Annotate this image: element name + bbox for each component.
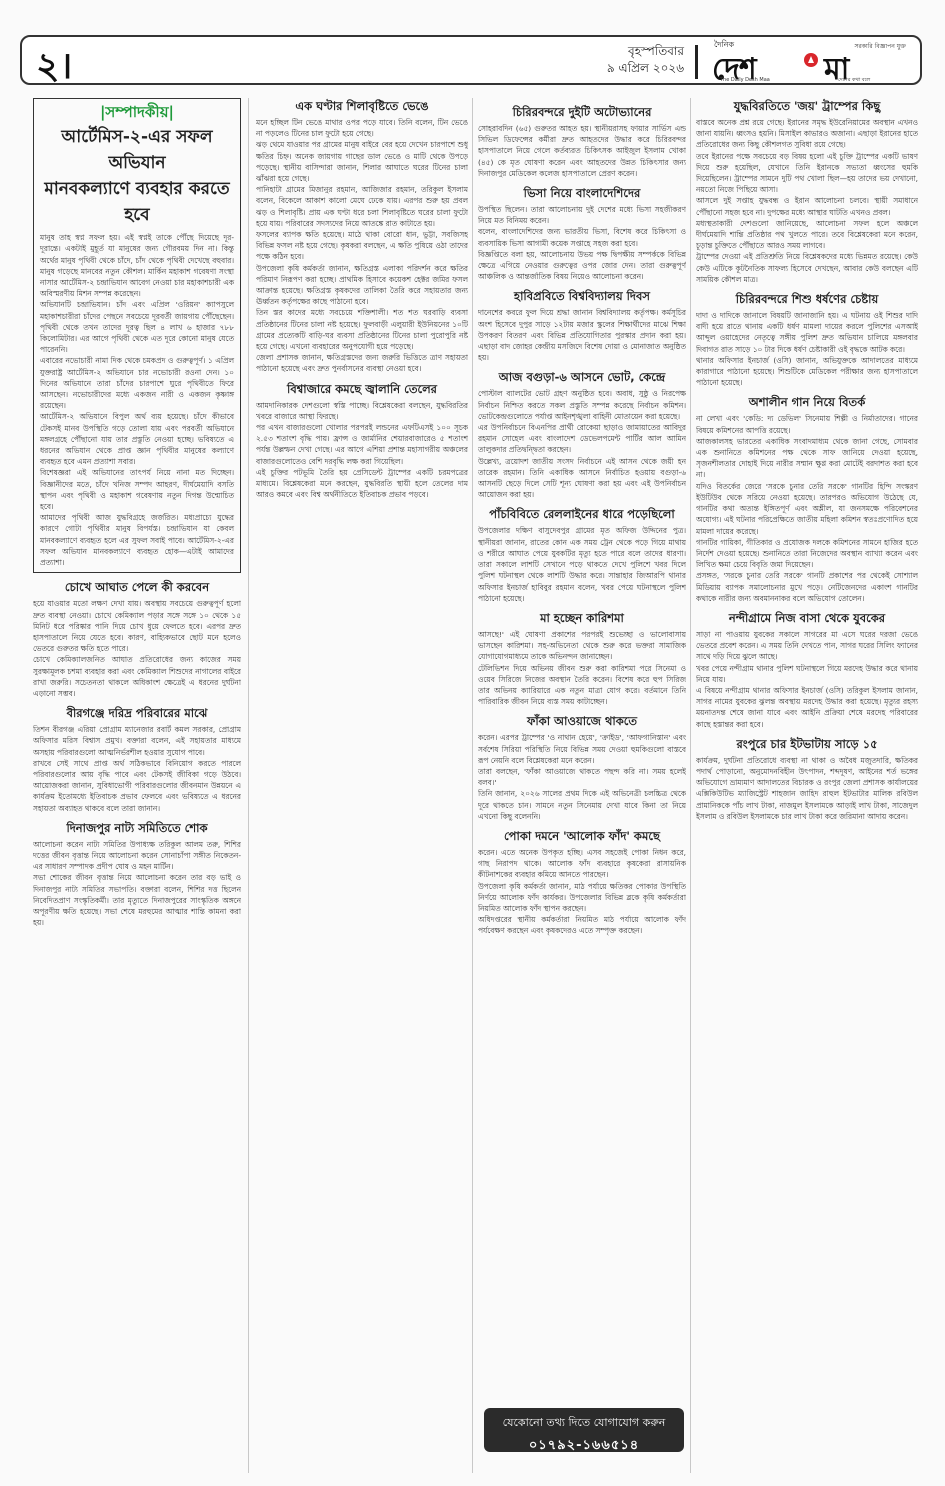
logo-tagline: সরকারি বিজ্ঞাপন যুক্ত: [854, 41, 906, 52]
paragraph: সোহরাবদিন (৬৫) গুরুতর আহত হয়। স্থানীয়র…: [478, 123, 686, 179]
column-4: যুদ্ধবিরতিতে 'জয়' ট্রাম্পের কিছু বাস্তব…: [696, 98, 918, 1473]
article-headline[interactable]: বীরগঞ্জে দরিদ্র পরিবারের মাঝে: [33, 705, 241, 722]
paragraph: অভিযানটি চন্দ্রাভিযান। চাঁদ এবং এপ্রিল '…: [40, 299, 234, 355]
paragraph: দাদা ও দাদিকে জানালে বিষয়টি জানাজানি হয…: [696, 310, 918, 355]
article-headline[interactable]: দিনাজপুর নাট্য সমিতিতে শোক: [33, 820, 241, 837]
paragraph: এবারের নভোচারী নামা দিক থেকে চমকপ্রদ ও গ…: [40, 355, 234, 411]
paragraph: করেন। এতে অনেক উপকৃত হচ্ছি। এসব সহজেই পো…: [478, 847, 686, 881]
paragraph: সভা শোকের জীবন বৃত্তান্ত নিয়ে আলোচনা কর…: [33, 872, 241, 928]
paragraph: জেলা প্রশাসক জানান, ক্ষতিগ্রস্তদের জন্য …: [256, 352, 468, 374]
article-headline[interactable]: রংপুরে চার ইটভাটায় সাড়ে ১৫: [696, 736, 918, 753]
contact-phone[interactable]: ০১৭৯২-১৬৬৫১৪: [484, 1436, 684, 1457]
weekday: বৃহস্পতিবার: [607, 43, 684, 60]
logo-motto: দেশের কথা বলে: [838, 77, 870, 85]
article-visa[interactable]: ভিসা নিয়ে বাংলাদেশিদের উপস্থিত ছিলেন। ত…: [478, 185, 686, 282]
paragraph: মানুষ তাহ স্বপ্ন সফল হয়। এই স্বপ্নই তাক…: [40, 232, 234, 299]
paragraph: উপজেলা কৃষি কর্মকর্তা জানান, ক্ষতিগ্রস্ত…: [256, 263, 468, 308]
paragraph: আমাদের পৃথিবী আজ যুদ্ধবিগ্রহে জর্জরিত। ম…: [40, 512, 234, 568]
article-headline[interactable]: পোকা দমনে 'আলোক ফাঁদ' কমছে: [478, 828, 686, 845]
article-headline[interactable]: অশালীন গান নিয়ে বিতর্ক: [696, 394, 918, 411]
page-number: ২।: [36, 39, 72, 99]
article-karishma[interactable]: মা হচ্ছেন কারিশমা আসছে!' এই ঘোষণা প্রকাশ…: [478, 610, 686, 707]
paragraph: চোখে কেমিক্যালজনিত আঘাত প্রতিরোধের জন্য …: [33, 654, 241, 699]
paragraph: তবে ইরানের পক্ষে সবচেয়ে বড় বিষয় হলো এ…: [696, 151, 918, 196]
paragraph: আমদানিকারক দেশগুলো স্বস্তি পাচ্ছে। বিশ্ল…: [256, 400, 468, 422]
column-rule: [248, 98, 249, 1473]
paragraph: অধিদপ্তরের স্থানীয় কর্মকর্তারা নিয়মিত …: [478, 914, 686, 936]
newspaper-logo[interactable]: দৈনিক দেশ মা সরকারি বিজ্ঞাপন যুক্ত The D…: [706, 39, 906, 83]
paragraph: এ বিষয়ে নন্দীগ্রাম থানার অফিসার ইনচার্জ…: [696, 685, 918, 730]
article-headline[interactable]: বিশ্বাজারে কমছে জ্বালানি তেলের: [256, 381, 468, 398]
paragraph: থানার অফিসার ইনচার্জ (ওসি) জানান, অভিযুক…: [696, 355, 918, 389]
paragraph: আসলে দুই সপ্তাহ যুদ্ধবন্ধ ও ইরান আলোচনা …: [696, 195, 918, 217]
article-obscene-song[interactable]: অশালীন গান নিয়ে বিতর্ক না লেখা এবং 'কেড…: [696, 394, 918, 603]
paragraph: হয়ে যাওয়ার মতো লক্ষণ দেখা যায়। অবস্থা…: [33, 598, 241, 654]
article-world-market-oil[interactable]: বিশ্বাজারে কমছে জ্বালানি তেলের আমদানিকার…: [256, 381, 468, 501]
paragraph: পানিহাটা গ্রামের মিজানুর রহমান, আজিজার র…: [256, 184, 468, 229]
date-block: বৃহস্পতিবার ৯ এপ্রিল ২০২৬: [607, 43, 684, 77]
paragraph: আজকালসহ ভারতের একাধিক সংবাদমাধ্যম থেকে জ…: [696, 436, 918, 481]
paragraph: এই চুক্তির পটভূমি তৈরি হয় প্রেসিডেন্ট ট…: [256, 467, 468, 501]
article-headline[interactable]: যুদ্ধবিরতিতে 'জয়' ট্রাম্পের কিছু: [696, 98, 918, 115]
editorial-title: আর্টেমিস-২-এর সফল অভিযান মানবকল্যাণে ব্য…: [40, 124, 234, 228]
column-1: |সম্পাদকীয়| আর্টেমিস-২-এর সফল অভিযান মা…: [33, 98, 241, 1473]
article-headline[interactable]: চিরিরবন্দরে শিশু ধর্ষণের চেষ্টায়: [696, 291, 918, 308]
article-bogura-vote[interactable]: আজ বগুড়া-৬ আসনে ভোট, কেন্দ্রে পোস্টাল ব…: [478, 369, 686, 500]
article-headline[interactable]: ভিসা নিয়ে বাংলাদেশিদের: [478, 185, 686, 202]
paragraph: আসছে!' এই ঘোষণা প্রকাশের পরপরই শুভেচ্ছা …: [478, 629, 686, 663]
paragraph: বলেন, বাংলাদেশিদের জন্য ভারতীয় ভিসা, বি…: [478, 226, 686, 248]
article-headline[interactable]: হাবিপ্রবিতে বিশ্ববিদ্যালয় দিবস: [478, 288, 686, 305]
article-university-day[interactable]: হাবিপ্রবিতে বিশ্ববিদ্যালয় দিবস দানেশের …: [478, 288, 686, 363]
paragraph: তারা বলছেন, 'ফাঁকা আওয়াজে থাকতে পছন্দ ক…: [478, 766, 686, 788]
article-nandigram-youth[interactable]: নন্দীগ্রামে নিজ বাসা থেকে যুবকের সাড়া ন…: [696, 610, 918, 730]
editorial-label: |সম্পাদকীয়|: [40, 107, 234, 118]
paragraph: উপস্থিত ছিলেন। তারা আলোচনায় দুই দেশের ম…: [478, 204, 686, 226]
masthead: ২। বৃহস্পতিবার ৯ এপ্রিল ২০২৬ দৈনিক দেশ ম…: [20, 35, 922, 85]
paragraph: ঝড় থেমে যাওয়ার পর গ্রামের মানুষ বাইরে …: [256, 139, 468, 184]
paragraph: ফসলের ব্যাপক ক্ষতি হয়েছে। মাঠে থাকা বোর…: [256, 229, 468, 263]
paragraph: পোস্টাল ব্যালটের ভোট গ্রহণ অনুষ্ঠিত হবে।…: [478, 388, 686, 422]
paragraph: না লেখা এবং 'কেডি: দ্য ডেভিল' সিনেমায় শ…: [696, 413, 918, 435]
paragraph: পর এখন বাজারগুলো খোলার পরপরই লন্ডনের এফট…: [256, 422, 468, 467]
column-3: চিরিরবন্দরে দুইটি অটোভ্যানের সোহরাবদিন (…: [478, 98, 686, 1473]
brand-divider: [695, 45, 698, 79]
paragraph: তিন স্তর কাদের মধ্যে সবচেয়ে শক্তিশালী। …: [256, 307, 468, 352]
logo-maa: মা: [824, 45, 849, 96]
article-chirirbandar-autovan[interactable]: চিরিরবন্দরে দুইটি অটোভ্যানের সোহরাবদিন (…: [478, 104, 686, 179]
publication-date: ৯ এপ্রিল ২০২৬: [607, 60, 684, 77]
paragraph: বিশেষজ্ঞরা এই অভিযানের তাৎপর্য নিয়ে নান…: [40, 467, 234, 512]
column-rule: [690, 98, 691, 1473]
logo-emblem-icon: [804, 53, 818, 67]
editorial-title-line: আর্টেমিস-২-এর সফল অভিযান: [40, 124, 234, 176]
article-trump-war-pause[interactable]: যুদ্ধবিরতিতে 'জয়' ট্রাম্পের কিছু বাস্তব…: [696, 98, 918, 285]
paragraph: যদিও বিতর্কের জেরে 'সরকে চুনার তেরি সরকে…: [696, 481, 918, 537]
article-eye-injury[interactable]: চোখে আঘাত পেলে কী করবেন হয়ে যাওয়ার মতো…: [33, 579, 241, 699]
paragraph: কার্যক্রম, দুর্ঘটনা প্রতিরোধে ব্যবস্থা ন…: [696, 755, 918, 822]
paragraph: উপজেলা কৃষি কর্মকর্তা জানান, মাঠ পর্যায়…: [478, 881, 686, 915]
paragraph: এর উপনির্বাচনে বিএনপির প্রার্থী রোকেয়া …: [478, 422, 686, 456]
editorial: |সম্পাদকীয়| আর্টেমিস-২-এর সফল অভিযান মা…: [33, 98, 241, 573]
article-panchbibi[interactable]: পাঁচবিবিতে রেললাইনের ধারে পড়েছিলো উপজেল…: [478, 506, 686, 603]
paragraph: তিশন বীরগঞ্জ এরিয়া প্রোগ্রাম ম্যানেজার …: [33, 724, 241, 758]
column-rule: [472, 98, 473, 1473]
paragraph: বাস্তবে অনেক প্রশ্ন রয়ে গেছে। ইরানের সম…: [696, 117, 918, 151]
article-chirirbandar-child[interactable]: চিরিরবন্দরে শিশু ধর্ষণের চেষ্টায় দাদা ও…: [696, 291, 918, 388]
article-dinajpur-natya[interactable]: দিনাজপুর নাট্য সমিতিতে শোক আলোচনা করেন ন…: [33, 820, 241, 929]
column-2: এক ঘণ্টার শিলাবৃষ্টিতে ভেঙে মনে হচ্ছিল ট…: [256, 98, 468, 1473]
contact-text: যেকোনো তথ্য দিতে যোগাযোগ করুন: [484, 1414, 684, 1433]
paragraph: আলোচনা করেন নাট্য সমিতির উপাধ্যক্ষ তরিকু…: [33, 839, 241, 873]
article-headline[interactable]: পাঁচবিবিতে রেললাইনের ধারে পড়েছিলো: [478, 506, 686, 523]
logo-english: The Daily Desh Maa: [720, 77, 770, 83]
paragraph: গানটির গায়িকা, গীতিকার ও প্রযোজক দলকে ক…: [696, 537, 918, 571]
paragraph: মধ্যস্থতাকারী দেশগুলো জানিয়েছে, আলোচনা …: [696, 218, 918, 252]
paragraph: মনে হচ্ছিল টিন ভেঙে মাথার ওপর পড়ে যাবে।…: [256, 117, 468, 139]
paragraph: টেলিভিশন দিয়ে অভিনয় জীবন শুরু করা কারি…: [478, 663, 686, 708]
article-birganj[interactable]: বীরগঞ্জে দরিদ্র পরিবারের মাঝে তিশন বীরগঞ…: [33, 705, 241, 814]
paragraph: খবর পেয়ে নন্দীগ্রাম থানার পুলিশ ঘটনাস্থ…: [696, 663, 918, 685]
paragraph: সাড়া না পাওয়ায় যুবকের সকালে সাগরের মা…: [696, 629, 918, 663]
paragraph: তিনি জানান, ২০২৬ সালের প্রথম দিকে এই অভি…: [478, 788, 686, 822]
article-headline[interactable]: চিরিরবন্দরে দুইটি অটোভ্যানের: [478, 104, 686, 121]
article-headline[interactable]: এক ঘণ্টার শিলাবৃষ্টিতে ভেঙে: [256, 98, 468, 115]
paragraph: ট্রাম্পের দেওয়া এই প্রতিশ্রুতি নিয়ে বি…: [696, 251, 918, 285]
article-headline[interactable]: নন্দীগ্রামে নিজ বাসা থেকে যুবকের: [696, 610, 918, 627]
article-headline[interactable]: ফাঁকা আওয়াজে থাকতে: [478, 713, 686, 730]
paragraph: বিজ্ঞপ্তিতে বলা হয়, আলোচনায় উভয় পক্ষ …: [478, 249, 686, 283]
paragraph: উপজেলার দক্ষিণ বাসুদেবপুর গ্রামের মৃত অফ…: [478, 525, 686, 603]
paragraph: আর্টেমিস-২ অভিযানে বিপুল অর্থ ব্যয় হয়ে…: [40, 411, 234, 467]
paragraph: করেন। এরপর ট্রাম্পের 'ও নাথান হেয়ে', 'ক…: [478, 732, 686, 766]
article-fanka-awaj[interactable]: ফাঁকা আওয়াজে থাকতে করেন। এরপর ট্রাম্পের…: [478, 713, 686, 822]
article-hailstorm[interactable]: এক ঘণ্টার শিলাবৃষ্টিতে ভেঙে মনে হচ্ছিল ট…: [256, 98, 468, 375]
paragraph: উল্লেখ্য, ত্রয়োদশ জাতীয় সংসদ নির্বাচনে…: [478, 456, 686, 501]
article-alok-fand[interactable]: পোকা দমনে 'আলোক ফাঁদ' কমছে করেন। এতে অনে…: [478, 828, 686, 937]
paragraph: দানেশের কবরে ফুল দিয়ে শ্রদ্ধা জানান বিশ…: [478, 307, 686, 363]
contact-banner[interactable]: যেকোনো তথ্য দিতে যোগাযোগ করুন ০১৭৯২-১৬৬৫…: [484, 1408, 684, 1452]
paragraph: রাখবে সেই সাথে প্রাপ্ত অর্থ সঠিকভাবে বিন…: [33, 758, 241, 814]
article-headline[interactable]: চোখে আঘাত পেলে কী করবেন: [33, 579, 241, 596]
paragraph: প্রসঙ্গত, 'সরকে চুনার তেরি সরকে' গানটি প…: [696, 570, 918, 604]
article-headline[interactable]: আজ বগুড়া-৬ আসনে ভোট, কেন্দ্রে: [478, 369, 686, 386]
article-headline[interactable]: মা হচ্ছেন কারিশমা: [478, 610, 686, 627]
editorial-title-line: মানবকল্যাণে ব্যবহার করতে হবে: [40, 176, 234, 228]
logo-desh: দেশ: [712, 45, 756, 96]
article-rangpur-brickfield[interactable]: রংপুরে চার ইটভাটায় সাড়ে ১৫ কার্যক্রম, …: [696, 736, 918, 822]
